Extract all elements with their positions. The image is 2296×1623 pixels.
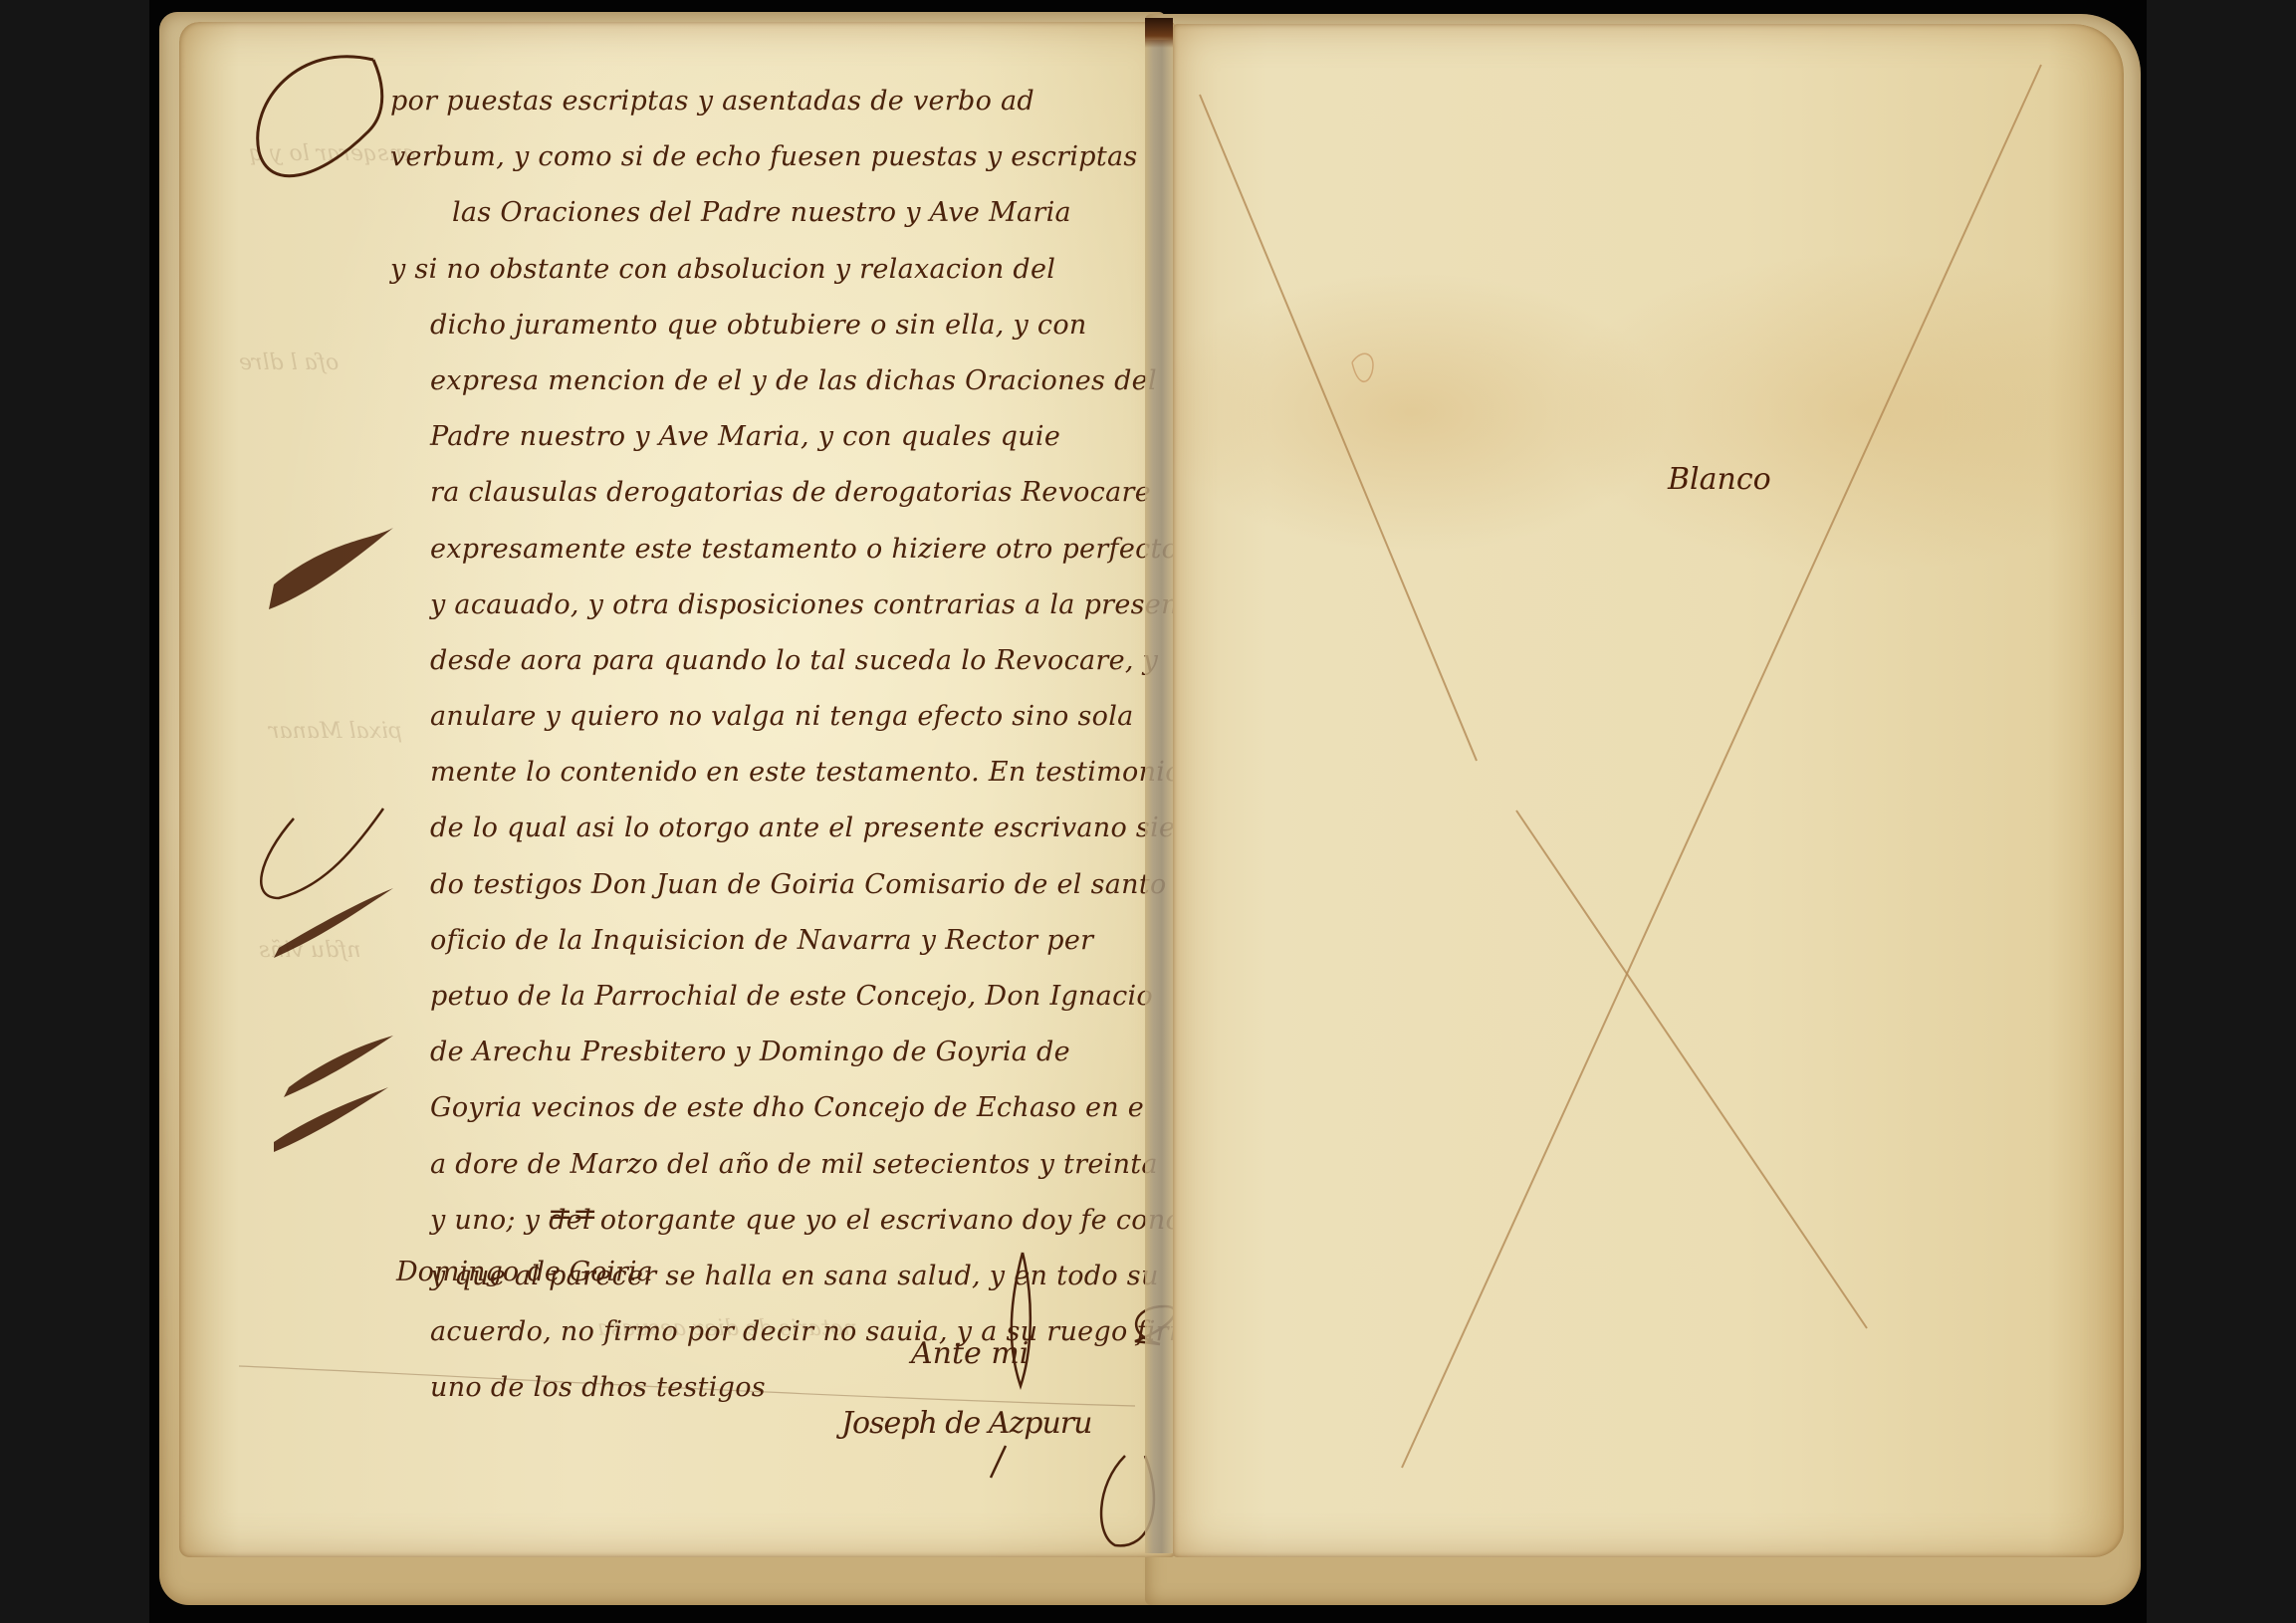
notary-signature-line1: Ante mi bbox=[911, 1336, 1029, 1371]
manuscript-line: de lo qual asi lo otorgo ante el present… bbox=[390, 801, 1167, 856]
manuscript-line: anulare y quiero no valga ni tenga efect… bbox=[390, 689, 1167, 745]
manuscript-line: mente lo contenido en este testamento. E… bbox=[390, 745, 1167, 801]
manuscript-line: expresamente este testamento o hiziere o… bbox=[390, 522, 1167, 578]
manuscript-line: ra clausulas derogatorias de derogatoria… bbox=[390, 465, 1167, 521]
manuscript-line: de Arechu Presbitero y Domingo de Goyria… bbox=[390, 1025, 1167, 1080]
right-page: Blanco bbox=[1173, 24, 2124, 1557]
manuscript-line: petuo de la Parrochial de este Concejo, … bbox=[390, 969, 1167, 1025]
blank-page-note: Blanco bbox=[1668, 462, 1771, 497]
cancellation-x-lines bbox=[1173, 24, 2124, 1557]
left-background-panel bbox=[0, 0, 149, 1623]
right-background-panel bbox=[2147, 0, 2296, 1623]
manuscript-line: a dore de Marzo del año de mil setecient… bbox=[390, 1137, 1167, 1193]
manuscript-line: Padre nuestro y Ave Maria, y con quales … bbox=[390, 409, 1167, 465]
left-page: ansqerar lo y q ofa l dlre pixal Manar n… bbox=[179, 22, 1175, 1557]
manuscript-line: y si no obstante con absolucion y relaxa… bbox=[390, 242, 1167, 298]
notary-signature-line2: Joseph de Azpuru bbox=[841, 1406, 1091, 1441]
manuscript-line: Goyria vecinos de este dho Concejo de Ec… bbox=[390, 1080, 1167, 1136]
manuscript-line: verbum, y como si de echo fuesen puestas… bbox=[390, 129, 1167, 185]
manuscript-line: y uno; y del otorgante que yo el escriva… bbox=[390, 1193, 1167, 1249]
book-gutter bbox=[1145, 40, 1173, 1553]
gutter-shadow bbox=[1145, 18, 1173, 48]
manuscript-line: dicho juramento que obtubiere o sin ella… bbox=[390, 298, 1167, 353]
manuscript-line: oficio de la Inquisicion de Navarra y Re… bbox=[390, 913, 1167, 969]
manuscript-line: las Oraciones del Padre nuestro y Ave Ma… bbox=[390, 185, 1167, 241]
manuscript-line: y acauado, y otra disposiciones contrari… bbox=[390, 578, 1167, 633]
manuscript-photo: ansqerar lo y q ofa l dlre pixal Manar n… bbox=[149, 0, 2147, 1623]
will-text-body: por puestas escriptas y asentadas de ver… bbox=[390, 74, 1167, 1417]
witness-signature: Domingo de Goiria bbox=[396, 1257, 653, 1287]
manuscript-line: desde aora para quando lo tal suceda lo … bbox=[390, 633, 1167, 689]
manuscript-line: por puestas escriptas y asentadas de ver… bbox=[390, 74, 1167, 129]
closing-mark: == bbox=[548, 1197, 597, 1232]
manuscript-line: acuerdo, no firmo por decir no sauia, y … bbox=[390, 1304, 1167, 1360]
manuscript-line: expresa mencion de el y de las dichas Or… bbox=[390, 353, 1167, 409]
manuscript-line: do testigos Don Juan de Goiria Comisario… bbox=[390, 857, 1167, 913]
